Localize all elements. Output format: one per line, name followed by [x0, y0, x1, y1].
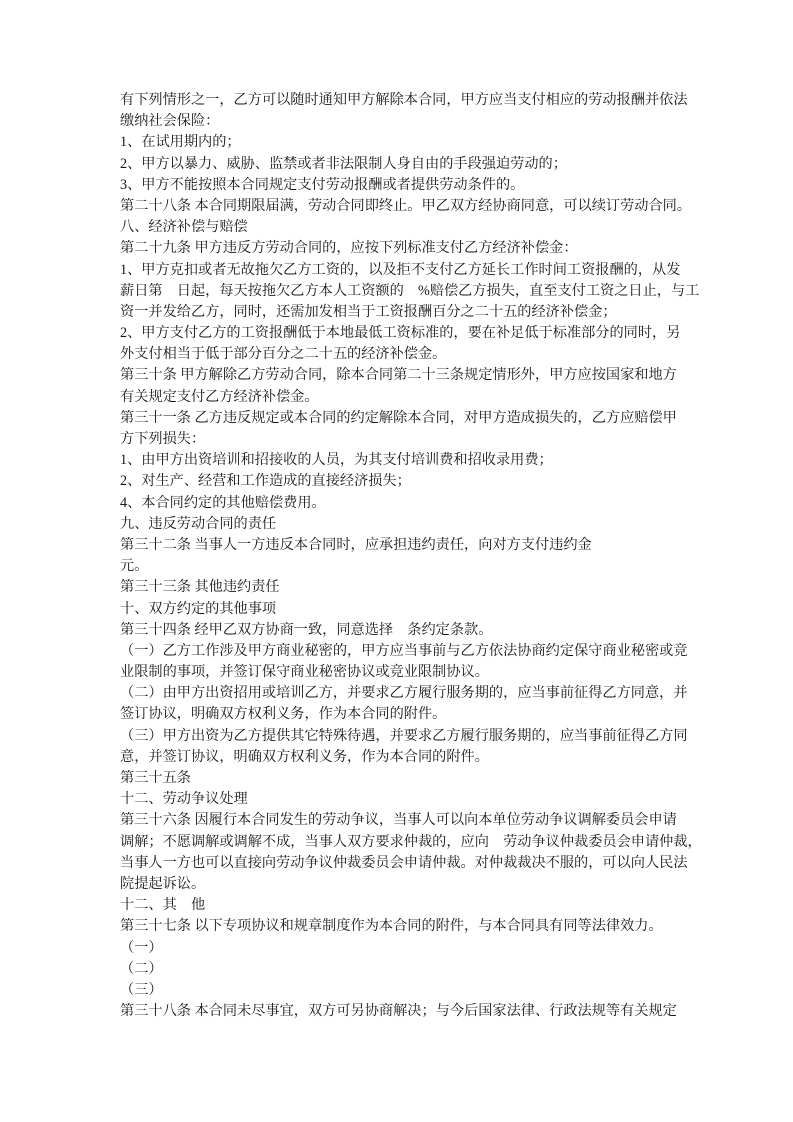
contract-line-7: 八、经济补偿与赔偿: [120, 217, 695, 238]
contract-line-4: 2、甲方以暴力、威胁、监禁或者非法限制人身自由的手段强迫劳动的；: [120, 154, 695, 175]
contract-line-38: 院提起诉讼。: [120, 874, 695, 895]
contract-line-34: 十二、劳动争议处理: [120, 789, 695, 810]
contract-line-27: （一）乙方工作涉及甲方商业秘密的，甲方应当事前与乙方依法协商约定保守商业秘密或竞: [120, 641, 695, 662]
contract-line-11: 资一并发给乙方，同时，还需加发相当于工资报酬百分之二十五的经济补偿金；: [120, 302, 695, 323]
contract-line-13: 外支付相当于低于部分百分之二十五的经济补偿金。: [120, 344, 695, 365]
contract-line-44: 第三十八条 本合同未尽事宜，双方可另协商解决；与今后国家法律、行政法规等有关规定: [120, 1001, 695, 1022]
contract-line-37: 当事人一方也可以直接向劳动争议仲裁委员会申请仲裁。对仲裁裁决不服的，可以向人民法: [120, 853, 695, 874]
contract-line-10: 薪日第 日起，每天按拖欠乙方本人工资额的 %赔偿乙方损失，直至支付工资之日止，与…: [120, 281, 695, 302]
contract-line-14: 第三十条 甲方解除乙方劳动合同，除本合同第二十三条规定情形外，甲方应按国家和地方: [120, 365, 695, 386]
contract-line-31: （三）甲方出资为乙方提供其它特殊待遇，并要求乙方履行服务期的，应当事前征得乙方同: [120, 726, 695, 747]
contract-text-block: 有下列情形之一，乙方可以随时通知甲方解除本合同，甲方应当支付相应的劳动报酬并依法…: [120, 90, 695, 1022]
contract-line-9: 1、甲方克扣或者无故拖欠乙方工资的，以及拒不支付乙方延长工作时间工资报酬的，从发: [120, 260, 695, 281]
contract-line-21: 九、违反劳动合同的责任: [120, 514, 695, 535]
contract-line-25: 十、双方约定的其他事项: [120, 599, 695, 620]
contract-line-43: （三）: [120, 980, 695, 1001]
contract-line-40: 第三十七条 以下专项协议和规章制度作为本合同的附件，与本合同具有同等法律效力。: [120, 916, 695, 937]
contract-line-32: 意，并签订协议，明确双方权利义务，作为本合同的附件。: [120, 747, 695, 768]
contract-line-42: （二）: [120, 959, 695, 980]
contract-line-35: 第三十六条 因履行本合同发生的劳动争议，当事人可以向本单位劳动争议调解委员会申请: [120, 810, 695, 831]
contract-line-8: 第二十九条 甲方违反方劳动合同的，应按下列标准支付乙方经济补偿金：: [120, 238, 695, 259]
contract-line-17: 方下列损失：: [120, 429, 695, 450]
contract-line-20: 4、本合同约定的其他赔偿费用。: [120, 493, 695, 514]
contract-line-24: 第三十三条 其他违约责任: [120, 577, 695, 598]
contract-line-30: 签订协议，明确双方权利义务，作为本合同的附件。: [120, 704, 695, 725]
contract-line-26: 第三十四条 经甲乙双方协商一致，同意选择 条约定条款。: [120, 620, 695, 641]
contract-line-16: 第三十一条 乙方违反规定或本合同的约定解除本合同，对甲方造成损失的，乙方应赔偿甲: [120, 408, 695, 429]
contract-line-22: 第三十二条 当事人一方违反本合同时，应承担违约责任，向对方支付违约金: [120, 535, 695, 556]
contract-line-18: 1、由甲方出资培训和招接收的人员，为其支付培训费和招收录用费；: [120, 450, 695, 471]
contract-line-6: 第二十八条 本合同期限届满，劳动合同即终止。甲乙双方经协商同意，可以续订劳动合同…: [120, 196, 695, 217]
contract-document-page: 有下列情形之一，乙方可以随时通知甲方解除本合同，甲方应当支付相应的劳动报酬并依法…: [0, 0, 793, 1122]
contract-line-39: 十二、其 他: [120, 895, 695, 916]
contract-line-28: 业限制的事项，并签订保守商业秘密协议或竞业限制协议。: [120, 662, 695, 683]
contract-line-3: 1、在试用期内的；: [120, 132, 695, 153]
contract-line-5: 3、甲方不能按照本合同规定支付劳动报酬或者提供劳动条件的。: [120, 175, 695, 196]
contract-line-15: 有关规定支付乙方经济补偿金。: [120, 387, 695, 408]
contract-line-33: 第三十五条: [120, 768, 695, 789]
contract-line-2: 缴纳社会保险：: [120, 111, 695, 132]
contract-line-41: （一）: [120, 938, 695, 959]
contract-line-1: 有下列情形之一，乙方可以随时通知甲方解除本合同，甲方应当支付相应的劳动报酬并依法: [120, 90, 695, 111]
contract-line-19: 2、对生产、经营和工作造成的直接经济损失；: [120, 471, 695, 492]
contract-line-12: 2、甲方支付乙方的工资报酬低于本地最低工资标准的，要在补足低于标准部分的同时，另: [120, 323, 695, 344]
contract-line-29: （二）由甲方出资招用或培训乙方，并要求乙方履行服务期的，应当事前征得乙方同意，并: [120, 683, 695, 704]
contract-line-23: 元。: [120, 556, 695, 577]
contract-line-36: 调解；不愿调解或调解不成，当事人双方要求仲裁的，应向 劳动争议仲裁委员会申请仲裁…: [120, 832, 695, 853]
